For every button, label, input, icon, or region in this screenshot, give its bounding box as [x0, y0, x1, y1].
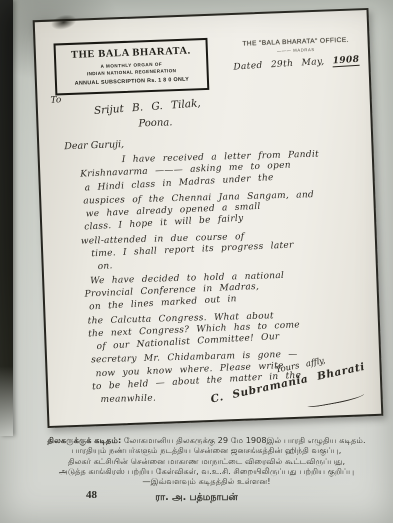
recipient-city: Poona.: [138, 117, 172, 129]
book-page-photo: THE BALA BHARATA. A MONTHLY ORGAN OF IND…: [0, 0, 393, 523]
recipient-name: Srijut B. G. Tilak,: [94, 97, 201, 117]
book-spine-edge: [0, 0, 13, 436]
date-year: 1908: [332, 55, 359, 68]
letterhead-title: THE BALA BHARATA.: [59, 45, 203, 61]
date-prefix: Dated: [233, 61, 263, 73]
caption-line-1-rest: லோகமானிய திலகருக்கு 29 மே 1908இல் பாரதி …: [121, 435, 365, 445]
letterhead-subscription: ANNUAL SUBSCRIPTION Rs. 1 8 0 ONLY: [60, 76, 204, 87]
salutation: Dear Guruji,: [64, 139, 124, 152]
handwritten-date: Dated 29th May, 1908: [224, 54, 368, 73]
caption-line: பாரதியும் நண்பர்களும் நடத்திய சென்னை ஜனச…: [28, 445, 385, 455]
caption-line: —இவ்வளவும் கடிதத்தில் உள்ளன!: [28, 476, 385, 486]
caption-line: அடுத்த காங்கிரஸ் பற்றிய கேள்விகள், வ.உ.ச…: [28, 466, 385, 476]
caption-line-1: திலகருக்குக் கடிதம்: லோகமானிய திலகருக்கு…: [28, 435, 385, 445]
date-text: 29th May,: [271, 57, 325, 70]
office-block: THE "BALA BHARATA" OFFICE. —―— MADRAS Da…: [224, 36, 369, 71]
letter-reproduction: THE BALA BHARATA. A MONTHLY ORGAN OF IND…: [33, 8, 384, 428]
caption-lead: திலகருக்குக் கடிதம்:: [47, 435, 121, 445]
letterhead-box: THE BALA BHARATA. A MONTHLY ORGAN OF IND…: [54, 38, 210, 96]
to-label: To: [50, 95, 61, 105]
caption-rest: பாரதியும் நண்பர்களும் நடத்திய சென்னை ஜனச…: [28, 445, 385, 486]
author-name: ரா. அ. பத்மநாபன்: [0, 492, 393, 504]
printed-caption: திலகருக்குக் கடிதம்: லோகமானிய திலகருக்கு…: [28, 435, 385, 486]
caption-line: திலகர் கட்சியின் சென்னை மாகாண மாநாட்டை வ…: [28, 456, 385, 466]
